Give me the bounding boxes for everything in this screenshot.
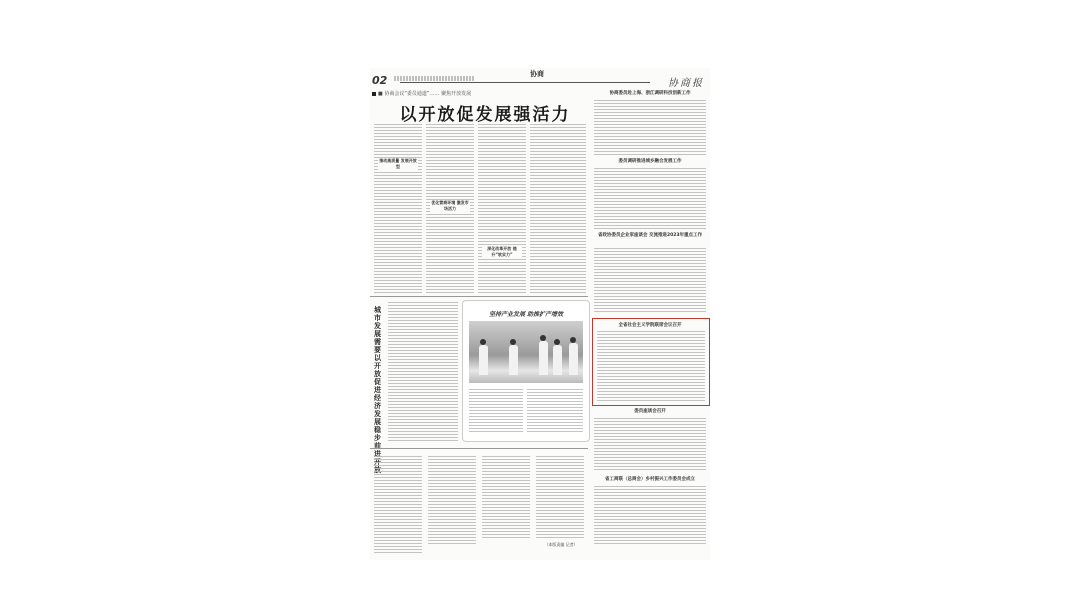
page-header: 02 协商 协商报 <box>370 68 710 88</box>
right-headline: 全省社会主义学院联席会议召开 <box>595 322 705 329</box>
article-column <box>428 456 476 546</box>
right-headline: 委员调研推进城乡融合发展工作 <box>594 158 706 165</box>
person-figure <box>509 345 518 375</box>
right-article <box>594 486 706 546</box>
article-column <box>374 456 422 554</box>
article-column <box>536 456 584 538</box>
subhead: 深化改革开放 提升“软实力” <box>482 246 522 258</box>
right-article <box>594 248 706 314</box>
photo-feature: 坚持产业发展 助推扩产增效 <box>462 300 590 442</box>
person-figure <box>569 343 578 375</box>
article-column <box>374 124 422 294</box>
right-article <box>597 331 705 401</box>
person-figure <box>553 345 562 375</box>
right-headline: 省政协委员企业家座谈会 交流推进2023年重点工作 <box>594 232 706 239</box>
masthead: 协商报 <box>668 74 704 89</box>
photo-caption-title: 坚持产业发展 助推扩产增效 <box>463 309 589 318</box>
article-column <box>482 456 530 538</box>
news-photo <box>469 321 583 383</box>
right-article <box>594 418 706 472</box>
person-head <box>510 339 516 345</box>
person-figure <box>479 345 488 375</box>
right-article <box>594 168 706 230</box>
right-headline: 委员座谈会召开 <box>594 408 706 415</box>
bottom-byline: （本版责编 记者） <box>536 542 586 548</box>
header-rule <box>400 82 650 83</box>
divider <box>370 296 588 297</box>
divider <box>370 448 588 449</box>
section-name: 协商 <box>530 69 544 79</box>
subhead: 优化营商环境 激发市场活力 <box>430 200 470 212</box>
photo-text <box>527 389 583 433</box>
article-column <box>530 124 586 294</box>
person-figure <box>539 341 548 375</box>
article-column <box>388 302 458 442</box>
newspaper-page: 02 协商 协商报 ■ 协商会议“委员通道”…… 聚焦开放发展 以开放促发展强活… <box>370 68 710 560</box>
photo-text <box>469 389 523 433</box>
right-headline: 省工商联（总商会）乡村振兴工作委员会成立 <box>594 476 706 483</box>
highlighted-article: 全省社会主义学院联席会议召开 <box>592 318 710 406</box>
article-column <box>478 124 526 294</box>
person-head <box>480 339 486 345</box>
page-number: 02 <box>372 74 387 87</box>
kicker: ■ 协商会议“委员通道”…… 聚焦开放发展 <box>372 90 592 97</box>
right-headline: 协商委员赴上海、浙江调研科技创新工作 <box>594 90 706 97</box>
person-head <box>540 335 546 341</box>
subhead: 推动高质量 发展开放型 <box>378 158 418 170</box>
main-headline: 以开放促发展强活力 <box>380 100 590 125</box>
person-head <box>554 339 560 345</box>
header-meta <box>394 76 474 81</box>
right-article <box>594 100 706 156</box>
person-head <box>570 337 576 343</box>
